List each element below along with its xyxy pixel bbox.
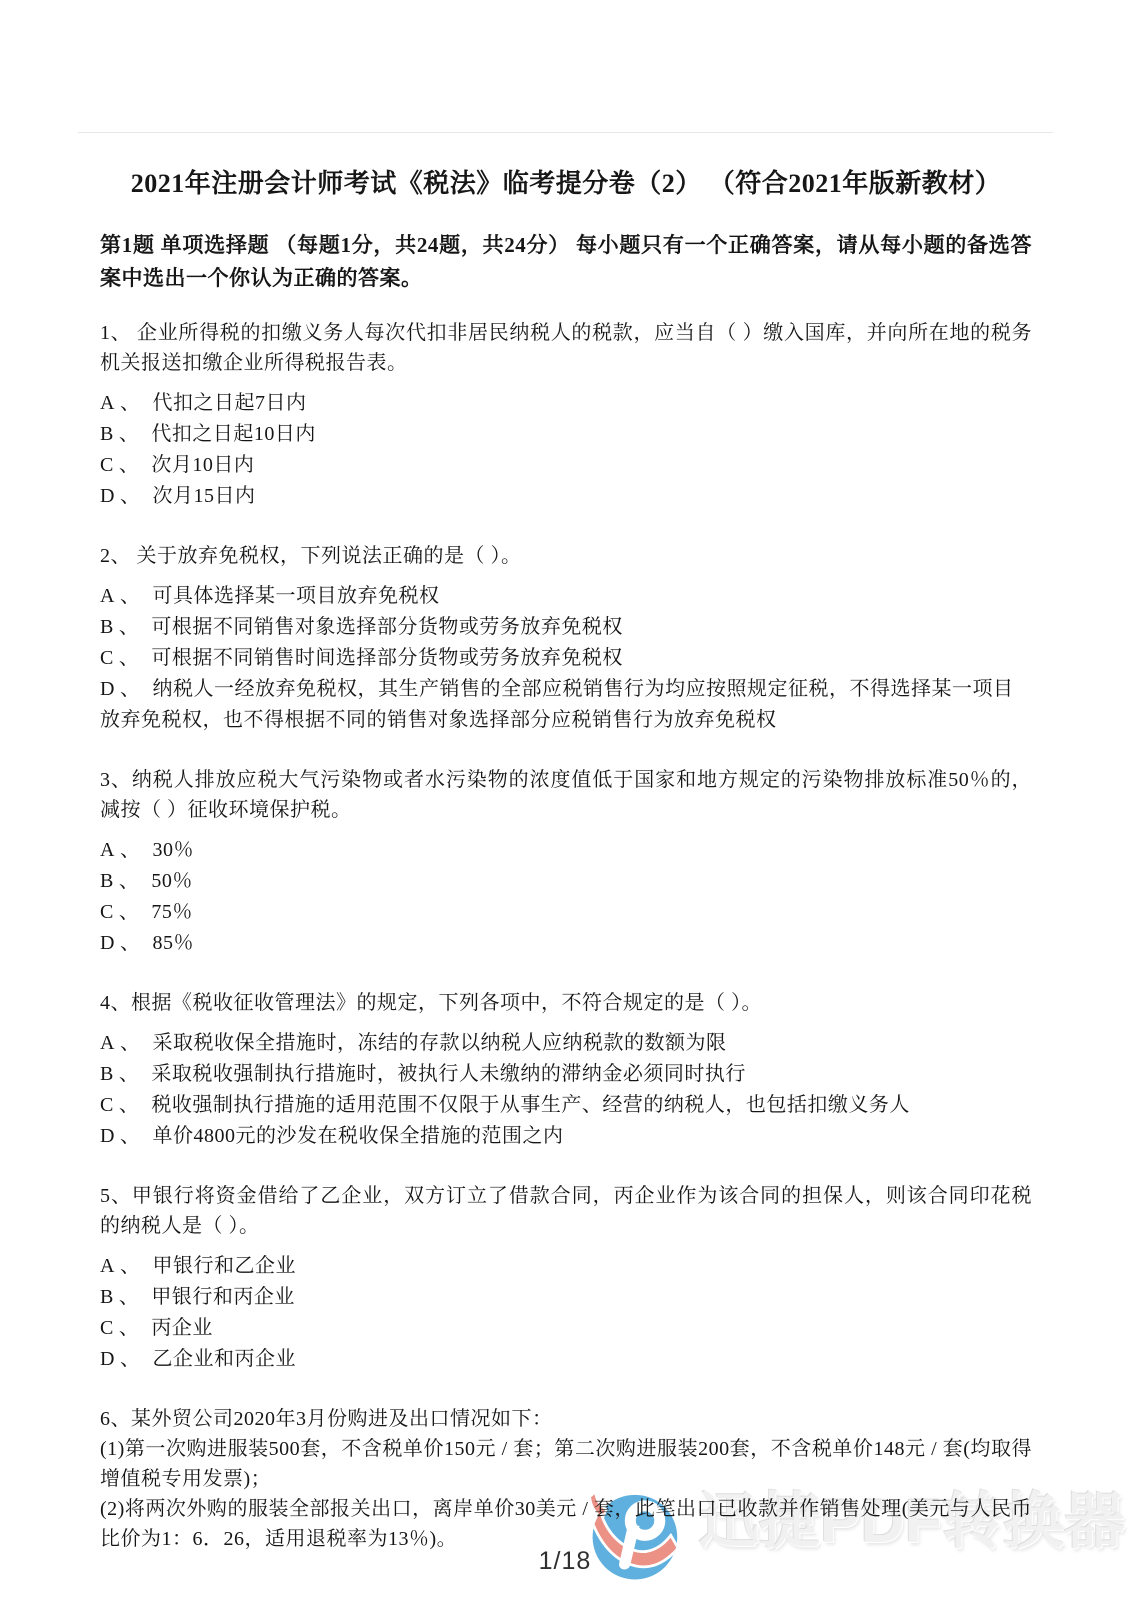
option-separator: 、 <box>119 1317 140 1339</box>
option-separator: 、 <box>120 1255 141 1277</box>
question-block: 5、甲银行将资金借给了乙企业，双方订立了借款合同，丙企业作为该合同的担保人，则该… <box>100 1181 1032 1375</box>
option-row: A、30％ <box>100 835 1032 866</box>
option-text: 代扣之日起10日内 <box>151 423 316 445</box>
option-text: 税收强制执行措施的适用范围不仅限于从事生产、经营的纳税人，也包括扣缴义务人 <box>151 1094 910 1116</box>
option-label: D <box>100 678 115 700</box>
option-text: 代扣之日起7日内 <box>152 392 306 414</box>
option-separator: 、 <box>119 901 140 923</box>
option-label: B <box>100 423 114 445</box>
question-stem: 1、 企业所得税的扣缴义务人每次代扣非居民纳税人的税款，应当自（ ）缴入国库，并… <box>100 318 1032 378</box>
option-separator: 、 <box>120 1125 141 1147</box>
option-separator: 、 <box>120 485 141 507</box>
option-label: C <box>100 454 114 476</box>
option-label: C <box>100 901 114 923</box>
option-text: 次月10日内 <box>151 454 254 476</box>
option-label: A <box>100 1255 115 1277</box>
option-label: C <box>100 647 114 669</box>
option-text: 可具体选择某一项目放弃免税权 <box>152 585 439 607</box>
option-row: B、甲银行和丙企业 <box>100 1282 1032 1313</box>
option-text: 甲银行和丙企业 <box>151 1286 295 1308</box>
option-row: A、可具体选择某一项目放弃免税权 <box>100 581 1032 612</box>
option-label: A <box>100 392 115 414</box>
option-text: 乙企业和丙企业 <box>152 1348 296 1370</box>
option-text: 次月15日内 <box>152 485 255 507</box>
option-label: B <box>100 1286 114 1308</box>
option-label: D <box>100 932 115 954</box>
option-separator: 、 <box>120 1032 141 1054</box>
question-block: 2、 关于放弃免税权，下列说法正确的是（ ）。A、可具体选择某一项目放弃免税权B… <box>100 541 1032 736</box>
option-text: 75％ <box>151 901 193 923</box>
option-row: A、代扣之日起7日内 <box>100 388 1032 419</box>
option-label: B <box>100 1063 114 1085</box>
option-separator: 、 <box>120 585 141 607</box>
option-separator: 、 <box>119 870 140 892</box>
option-separator: 、 <box>120 1348 141 1370</box>
page-content: 2021年注册会计师考试《税法》临考提分卷（2） （符合2021年版新教材） 第… <box>100 160 1032 1583</box>
option-row: C、可根据不同销售时间选择部分货物或劳务放弃免税权 <box>100 643 1032 674</box>
option-label: D <box>100 1348 115 1370</box>
option-text: 纳税人一经放弃免税权，其生产销售的全部应税销售行为均应按照规定征税，不得选择某一… <box>100 678 1013 731</box>
question-block: 3、纳税人排放应税大气污染物或者水污染物的浓度值低于国家和地方规定的污染物排放标… <box>100 765 1032 959</box>
option-row: B、代扣之日起10日内 <box>100 419 1032 450</box>
option-text: 可根据不同销售对象选择部分货物或劳务放弃免税权 <box>151 616 623 638</box>
option-separator: 、 <box>119 423 140 445</box>
option-separator: 、 <box>119 1286 140 1308</box>
option-label: D <box>100 1125 115 1147</box>
option-separator: 、 <box>120 392 141 414</box>
option-text: 50％ <box>151 870 193 892</box>
option-text: 可根据不同销售时间选择部分货物或劳务放弃免税权 <box>151 647 623 669</box>
question-stem: 2、 关于放弃免税权，下列说法正确的是（ ）。 <box>100 541 1032 571</box>
option-text: 85％ <box>152 932 194 954</box>
page-number: 1/18 <box>0 1547 1130 1576</box>
option-separator: 、 <box>119 454 140 476</box>
option-separator: 、 <box>119 1094 140 1116</box>
question-stem: 4、根据《税收征收管理法》的规定，下列各项中，不符合规定的是（ ）。 <box>100 988 1032 1018</box>
document-title: 2021年注册会计师考试《税法》临考提分卷（2） （符合2021年版新教材） <box>100 166 1032 202</box>
option-separator: 、 <box>120 839 141 861</box>
option-label: D <box>100 485 115 507</box>
option-row: C、丙企业 <box>100 1313 1032 1344</box>
question-detail: (2)将两次外购的服装全部报关出口，离岸单价30美元 / 套，此笔出口已收款并作… <box>100 1494 1032 1554</box>
option-row: D、次月15日内 <box>100 481 1032 512</box>
option-row: A、甲银行和乙企业 <box>100 1251 1032 1282</box>
option-label: B <box>100 870 114 892</box>
option-label: A <box>100 585 115 607</box>
option-text: 丙企业 <box>151 1317 213 1339</box>
section-heading: 第1题 单项选择题 （每题1分，共24题，共24分） 每小题只有一个正确答案，请… <box>100 229 1032 295</box>
option-separator: 、 <box>119 616 140 638</box>
questions-list: 1、 企业所得税的扣缴义务人每次代扣非居民纳税人的税款，应当自（ ）缴入国库，并… <box>100 318 1032 1554</box>
page-header-divider <box>78 132 1053 133</box>
option-label: C <box>100 1094 114 1116</box>
option-text: 采取税收保全措施时，冻结的存款以纳税人应纳税款的数额为限 <box>152 1032 726 1054</box>
option-text: 采取税收强制执行措施时，被执行人未缴纳的滞纳金必须同时执行 <box>151 1063 746 1085</box>
option-row: D、纳税人一经放弃免税权，其生产销售的全部应税销售行为均应按照规定征税，不得选择… <box>100 674 1032 736</box>
option-text: 30％ <box>152 839 194 861</box>
option-row: D、乙企业和丙企业 <box>100 1344 1032 1375</box>
option-row: B、可根据不同销售对象选择部分货物或劳务放弃免税权 <box>100 612 1032 643</box>
option-label: B <box>100 616 114 638</box>
question-stem: 6、某外贸公司2020年3月份购进及出口情况如下： <box>100 1404 1032 1434</box>
option-separator: 、 <box>119 647 140 669</box>
option-row: D、单价4800元的沙发在税收保全措施的范围之内 <box>100 1121 1032 1152</box>
option-separator: 、 <box>120 678 141 700</box>
question-detail: (1)第一次购进服装500套，不含税单价150元 / 套；第二次购进服装200套… <box>100 1434 1032 1494</box>
question-block: 4、根据《税收征收管理法》的规定，下列各项中，不符合规定的是（ ）。A、采取税收… <box>100 988 1032 1152</box>
option-separator: 、 <box>120 932 141 954</box>
option-row: D、85％ <box>100 928 1032 959</box>
option-separator: 、 <box>119 1063 140 1085</box>
option-row: A、采取税收保全措施时，冻结的存款以纳税人应纳税款的数额为限 <box>100 1028 1032 1059</box>
option-row: C、税收强制执行措施的适用范围不仅限于从事生产、经营的纳税人，也包括扣缴义务人 <box>100 1090 1032 1121</box>
option-row: C、次月10日内 <box>100 450 1032 481</box>
option-row: B、50％ <box>100 866 1032 897</box>
question-stem: 3、纳税人排放应税大气污染物或者水污染物的浓度值低于国家和地方规定的污染物排放标… <box>100 765 1032 825</box>
option-text: 甲银行和乙企业 <box>152 1255 296 1277</box>
option-row: B、采取税收强制执行措施时，被执行人未缴纳的滞纳金必须同时执行 <box>100 1059 1032 1090</box>
question-block: 6、某外贸公司2020年3月份购进及出口情况如下：(1)第一次购进服装500套，… <box>100 1404 1032 1554</box>
option-label: C <box>100 1317 114 1339</box>
option-text: 单价4800元的沙发在税收保全措施的范围之内 <box>152 1125 563 1147</box>
document-page: 迅捷PDF转换器 2021年注册会计师考试《税法》临考提分卷（2） （符合202… <box>0 0 1130 1600</box>
option-row: C、75％ <box>100 897 1032 928</box>
question-block: 1、 企业所得税的扣缴义务人每次代扣非居民纳税人的税款，应当自（ ）缴入国库，并… <box>100 318 1032 512</box>
question-stem: 5、甲银行将资金借给了乙企业，双方订立了借款合同，丙企业作为该合同的担保人，则该… <box>100 1181 1032 1241</box>
option-label: A <box>100 839 115 861</box>
option-label: A <box>100 1032 115 1054</box>
